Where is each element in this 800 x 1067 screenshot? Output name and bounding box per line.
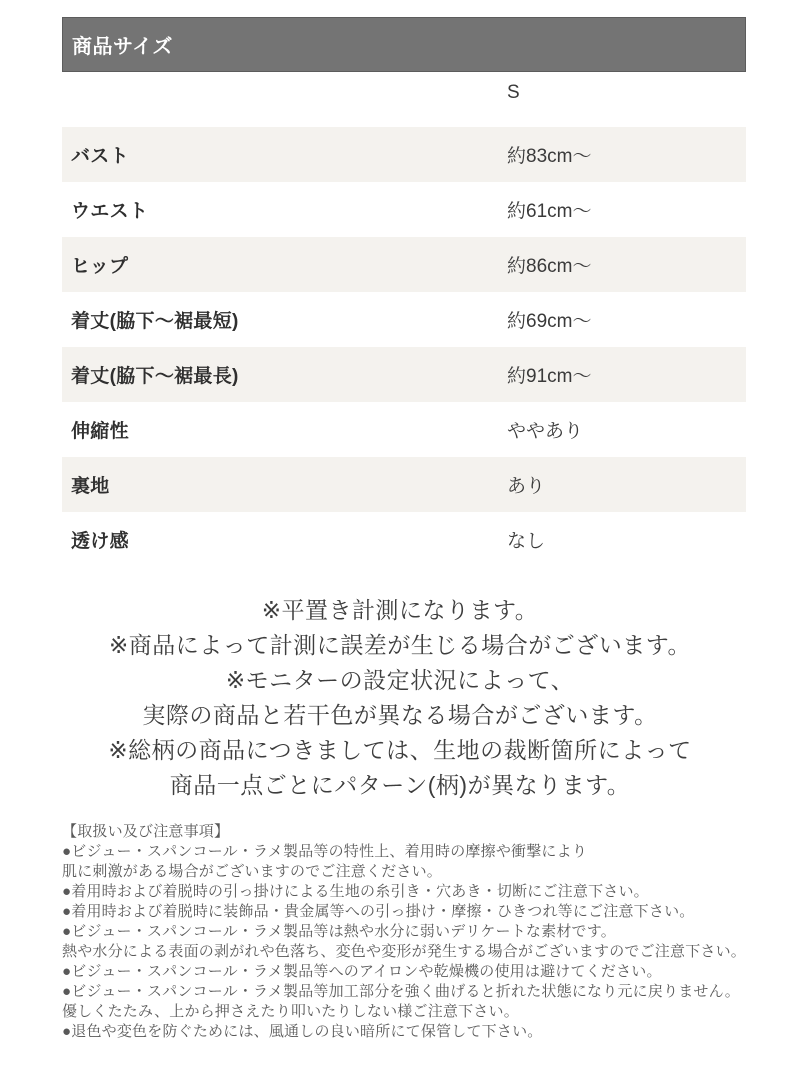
table-row-bust: バスト 約83cm〜 — [62, 127, 746, 182]
size-column-header: S — [507, 82, 520, 104]
row-label: ヒップ — [62, 251, 128, 278]
row-value: ややあり — [507, 416, 583, 443]
row-label: バスト — [62, 141, 129, 168]
care-line: 優しくたたみ、上から押さえたり叩いたりしない様ご注意下さい。 — [62, 1002, 772, 1022]
table-row-hip: ヒップ 約86cm〜 — [62, 237, 746, 292]
row-value: 約86cm〜 — [507, 251, 591, 278]
size-table: 商品サイズ S バスト 約83cm〜 ウエスト 約61cm〜 ヒップ 約86cm… — [62, 17, 746, 567]
care-line: ●ビジュー・スパンコール・ラメ製品等へのアイロンや乾燥機の使用は避けてください。 — [62, 962, 772, 982]
row-label: 着丈(脇下〜裾最短) — [62, 306, 239, 333]
row-value: 約69cm〜 — [507, 306, 591, 333]
size-table-title-bar: 商品サイズ — [62, 17, 746, 72]
care-line: ●退色や変色を防ぐためには、風通しの良い暗所にて保管して下さい。 — [62, 1022, 772, 1042]
row-label: ウエスト — [62, 196, 148, 223]
row-label: 透け感 — [62, 526, 129, 553]
note-line: ※平置き計測になります。 — [0, 593, 800, 628]
note-line: ※総柄の商品につきましては、生地の裁断箇所によって — [0, 733, 800, 768]
care-line: ●着用時および着脱時の引っ掛けによる生地の糸引き・穴あき・切断にご注意下さい。 — [62, 882, 772, 902]
care-line: ●ビジュー・スパンコール・ラメ製品等は熱や水分に弱いデリケートな素材です。 — [62, 922, 772, 942]
table-row-lining: 裏地 あり — [62, 457, 746, 512]
care-line: ●ビジュー・スパンコール・ラメ製品等の特性上、着用時の摩擦や衝撃により — [62, 842, 772, 862]
note-line: 商品一点ごとにパターン(柄)が異なります。 — [0, 768, 800, 803]
handling-notes-heading: 【取扱い及び注意事項】 — [62, 822, 772, 842]
table-row-length-longest: 着丈(脇下〜裾最長) 約91cm〜 — [62, 347, 746, 402]
row-value: なし — [507, 526, 545, 553]
table-row-stretch: 伸縮性 ややあり — [62, 402, 746, 457]
row-label: 伸縮性 — [62, 416, 129, 443]
table-row-sheerness: 透け感 なし — [62, 512, 746, 567]
note-line: 実際の商品と若干色が異なる場合がございます。 — [0, 698, 800, 733]
handling-notes: 【取扱い及び注意事項】 ●ビジュー・スパンコール・ラメ製品等の特性上、着用時の摩… — [62, 822, 772, 1042]
size-column-header-row: S — [62, 72, 746, 127]
row-value: 約83cm〜 — [507, 141, 591, 168]
row-value: 約61cm〜 — [507, 196, 591, 223]
product-size-page: 商品サイズ S バスト 約83cm〜 ウエスト 約61cm〜 ヒップ 約86cm… — [0, 0, 800, 1067]
note-line: ※商品によって計測に誤差が生じる場合がございます。 — [0, 628, 800, 663]
row-label: 裏地 — [62, 471, 110, 498]
table-row-length-shortest: 着丈(脇下〜裾最短) 約69cm〜 — [62, 292, 746, 347]
table-row-waist: ウエスト 約61cm〜 — [62, 182, 746, 237]
row-label: 着丈(脇下〜裾最長) — [62, 361, 239, 388]
care-line: ●ビジュー・スパンコール・ラメ製品等加工部分を強く曲げると折れた状態になり元に戻… — [62, 982, 772, 1002]
note-line: ※モニターの設定状況によって、 — [0, 663, 800, 698]
measurement-notes: ※平置き計測になります。 ※商品によって計測に誤差が生じる場合がございます。 ※… — [0, 593, 800, 803]
care-line: 肌に刺激がある場合がございますのでご注意ください。 — [62, 862, 772, 882]
row-value: あり — [507, 471, 545, 498]
size-table-title: 商品サイズ — [72, 30, 173, 59]
care-line: 熱や水分による表面の剥がれや色落ち、変色や変形が発生する場合がございますのでご注… — [62, 942, 772, 962]
care-line: ●着用時および着脱時に装飾品・貴金属等への引っ掛け・摩擦・ひきつれ等にご注意下さ… — [62, 902, 772, 922]
row-value: 約91cm〜 — [507, 361, 591, 388]
